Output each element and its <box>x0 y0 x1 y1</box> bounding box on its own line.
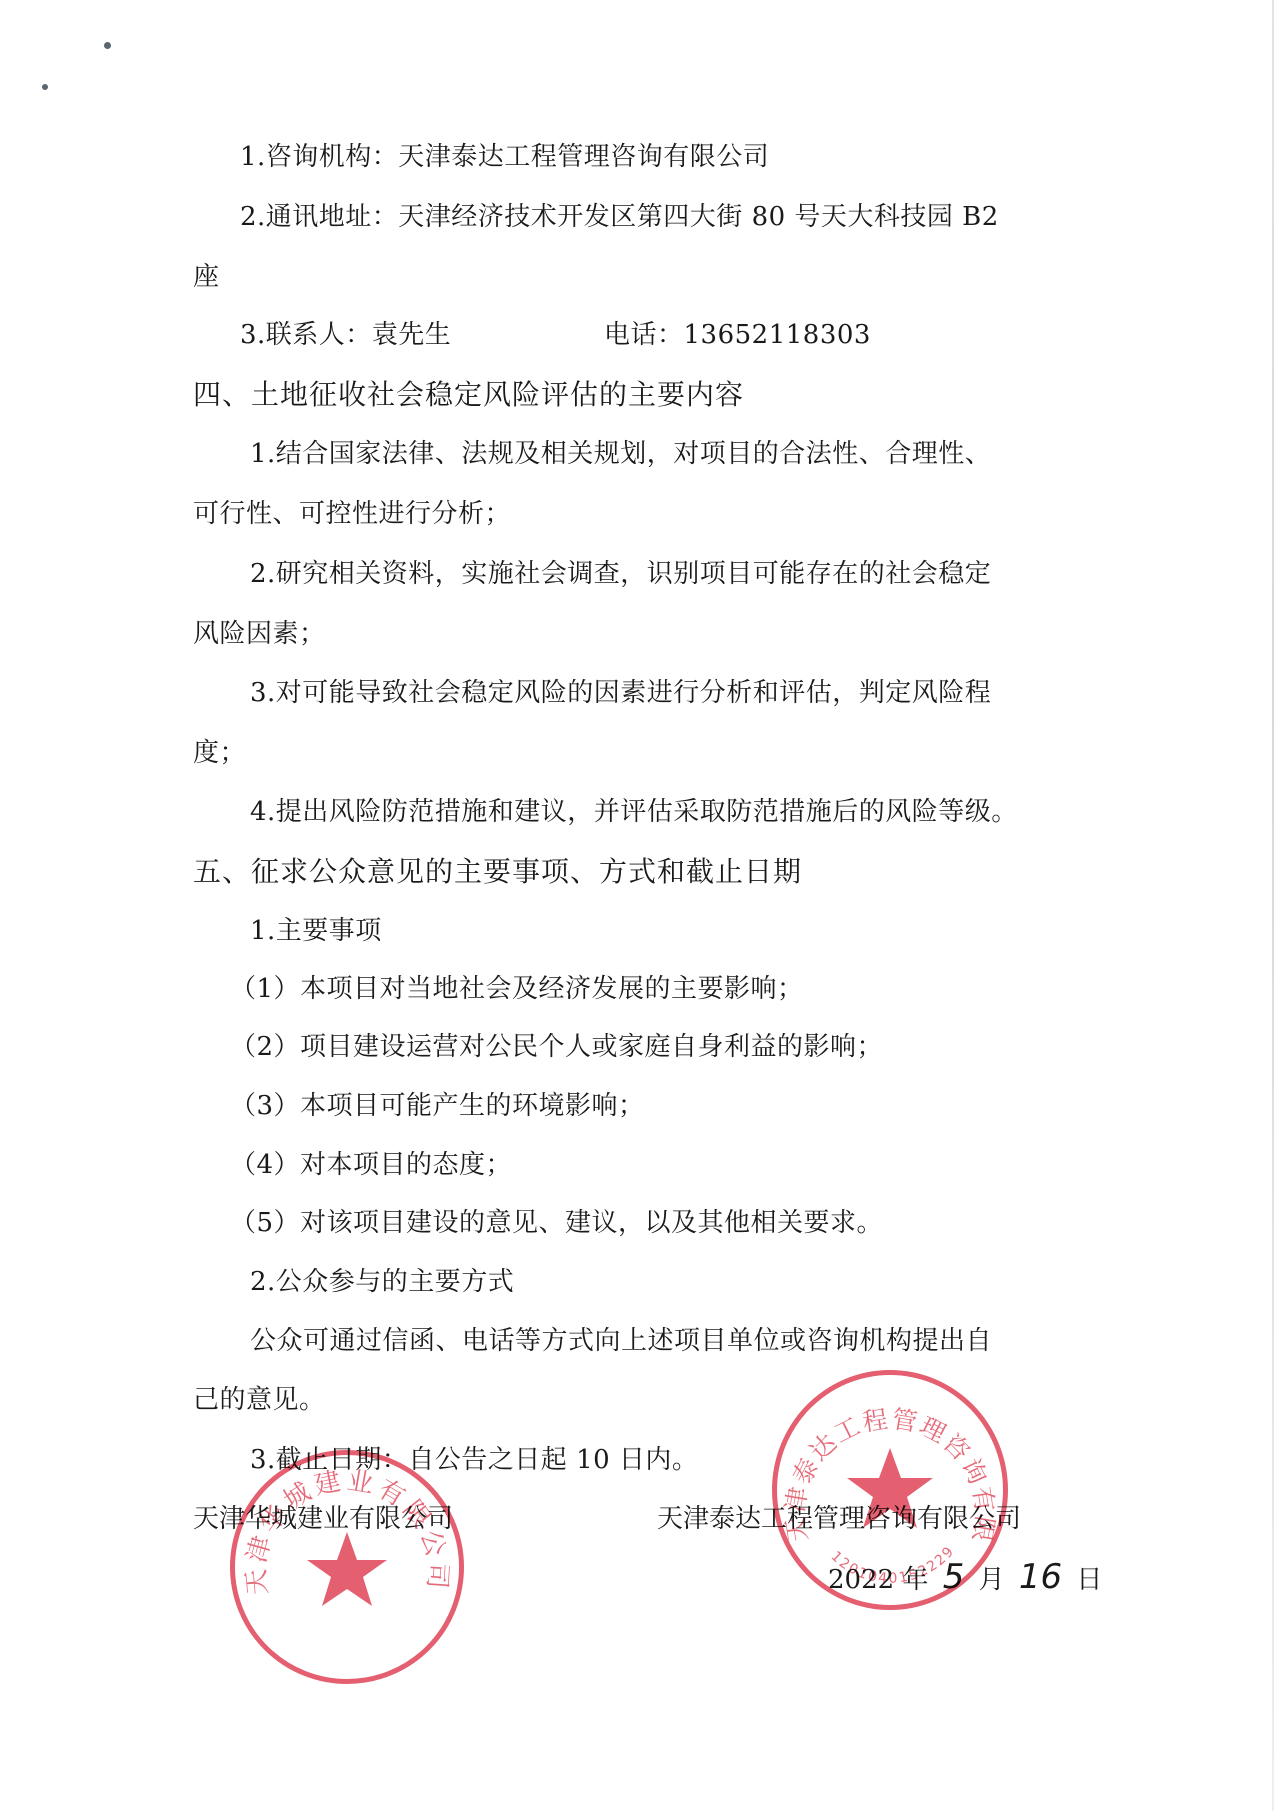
scan-speck <box>42 84 48 90</box>
signature-date: 2022 年 5 月 16 日 <box>828 1560 1102 1597</box>
left-company-seal: 天津华城建业有限公司 <box>230 1450 464 1684</box>
section4-heading: 四、土地征收社会稳定风险评估的主要内容 <box>193 378 744 412</box>
date-year: 2022 年 <box>828 1565 928 1595</box>
section4-line: 4.提出风险防范措施和建议，并评估采取防范措施后的风险等级。 <box>250 795 1018 829</box>
section4-line: 3.对可能导致社会稳定风险的因素进行分析和评估，判定风险程 <box>250 676 991 710</box>
section5-sub1-title: 1.主要事项 <box>250 914 382 948</box>
date-day-handwritten: 16 <box>1013 1557 1068 1597</box>
contact-line: 3.联系人：袁先生 <box>240 318 451 352</box>
section5-heading: 五、征求公众意见的主要事项、方式和截止日期 <box>193 855 802 889</box>
section5-item: （3）本项目可能产生的环境影响； <box>230 1089 645 1123</box>
section5-sub3: 3.截止日期：自公告之日起 10 日内。 <box>250 1443 698 1477</box>
section4-line: 2.研究相关资料，实施社会调查，识别项目可能存在的社会稳定 <box>250 557 991 591</box>
date-month-unit: 月 <box>979 1565 1005 1595</box>
address-cont-line: 座 <box>193 260 220 294</box>
seal-star-icon: 天津华城建业有限公司 <box>230 1450 464 1684</box>
scan-speck <box>104 42 111 49</box>
section5-item: （4）对本项目的态度； <box>230 1148 512 1182</box>
section4-line: 可行性、可控性进行分析； <box>193 497 511 531</box>
scan-edge-line <box>1272 0 1274 1811</box>
address-line: 2.通讯地址：天津经济技术开发区第四大街 80 号天大科技园 B2 <box>240 200 999 234</box>
date-day-unit: 日 <box>1076 1565 1102 1595</box>
section4-line: 风险因素； <box>193 617 326 651</box>
consult-org-line: 1.咨询机构：天津泰达工程管理咨询有限公司 <box>240 140 769 174</box>
right-signature-company: 天津泰达工程管理咨询有限公司 <box>657 1502 1021 1536</box>
section5-sub2-title: 2.公众参与的主要方式 <box>250 1265 514 1299</box>
scanned-document-page: 1.咨询机构：天津泰达工程管理咨询有限公司 2.通讯地址：天津经济技术开发区第四… <box>0 0 1280 1811</box>
date-month-handwritten: 5 <box>937 1557 971 1597</box>
section5-item: （1）本项目对当地社会及经济发展的主要影响； <box>230 972 804 1006</box>
left-signature-company: 天津华城建业有限公司 <box>193 1502 453 1536</box>
phone-line: 电话：13652118303 <box>604 318 871 352</box>
section5-sub2-line: 公众可通过信函、电话等方式向上述项目单位或咨询机构提出自 <box>250 1324 992 1358</box>
section4-line: 度； <box>193 736 246 770</box>
section5-item: （2）项目建设运营对公民个人或家庭自身利益的影响； <box>230 1030 883 1064</box>
section5-sub2-line: 己的意见。 <box>193 1383 326 1417</box>
section4-line: 1.结合国家法律、法规及相关规划，对项目的合法性、合理性、 <box>250 437 991 471</box>
section5-item: （5）对该项目建设的意见、建议，以及其他相关要求。 <box>230 1206 883 1240</box>
